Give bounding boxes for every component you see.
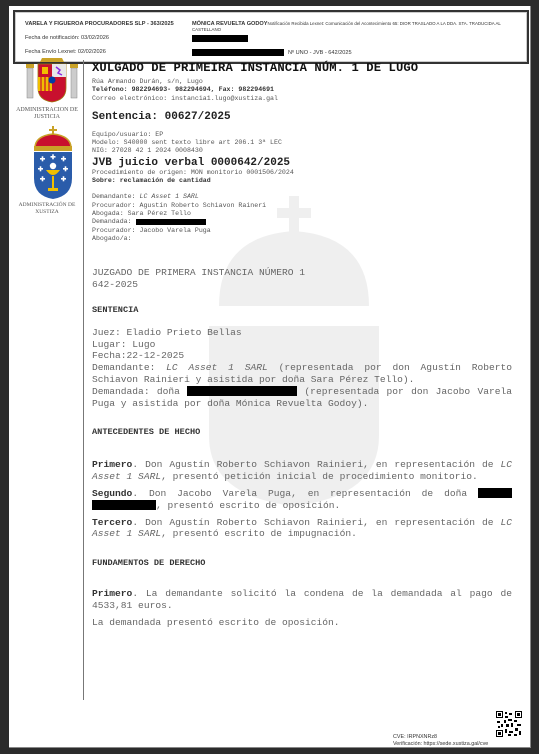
cve-block: CVE: IRPNXNRz8 Verificación: https://sed… [393, 734, 488, 748]
tercero-text-end: , presentó escrito de impugnación. [161, 528, 357, 539]
primero-text-end: , presentó petición inicial de procedimi… [161, 471, 478, 482]
lexnet-send-date: Fecha Envío Lexnet: 02/02/2026 [25, 49, 106, 55]
nig: NIG: 27028 42 1 2024 0008430 [92, 147, 512, 155]
redacted-text [92, 500, 156, 510]
court-phone: Teléfono: 982294693- 982294694, Fax: 982… [92, 86, 512, 94]
court-email: Correo electrónico: instancia1.lugo@xust… [92, 95, 512, 103]
segundo-label: Segundo [92, 488, 132, 499]
spain-coat-of-arms-icon [24, 58, 80, 106]
document-content: XULGADO DE PRIMEIRA INSTANCIA NÚM. 1 DE … [92, 60, 512, 629]
court-title: XULGADO DE PRIMEIRA INSTANCIA NÚM. 1 DE … [92, 61, 512, 75]
parties-block: Demandante: LC Asset 1 SARL Procurador: … [92, 193, 512, 243]
procurador-demandante: Procurador: Agustín Roberto Schiavon Rai… [92, 202, 512, 210]
lugar: Lugar: Lugo [92, 339, 512, 351]
segundo-text: . Don Jacobo Varela Puga, en representac… [132, 488, 478, 499]
antecedentes-heading: ANTECEDENTES DE HECHO [92, 427, 512, 437]
abogado-demandada: Abogado/a: [92, 235, 512, 243]
antecedente-tercero: Tercero. Don Agustín Roberto Schiavon Ra… [92, 517, 512, 541]
case-ref-line: Nº UNO - JVB - 642/2025 [192, 49, 352, 56]
tercero-label: Tercero [92, 517, 132, 528]
demandante-line: Demandante: LC Asset 1 SARL [92, 193, 512, 201]
sobre: Sobre: reclamación de cantidad [92, 177, 512, 185]
modelo: Modelo: S40000 sent texto libre art 206.… [92, 139, 512, 147]
case-line: 642-2025 [92, 279, 512, 291]
qr-code-icon[interactable] [496, 711, 522, 737]
antecedente-primero: Primero. Don Agustín Roberto Schiavon Ra… [92, 459, 512, 483]
fundamento-oposicion: La demandada presentó escrito de oposici… [92, 617, 512, 629]
court-line: JUZGADO DE PRIMERA INSTANCIA NÚMERO 1 [92, 267, 512, 279]
fundamento-primero-text: . La demandante solicitó la condena de l… [92, 588, 512, 611]
antecedente-segundo: Segundo. Don Jacobo Varela Puga, en repr… [92, 488, 512, 512]
primero-label: Primero [92, 459, 132, 470]
redacted-text [192, 35, 248, 42]
segundo-text-end: , presentó escrito de oposición. [156, 500, 340, 511]
court-address: Rúa Armando Durán, s/n, Lugo [92, 78, 512, 86]
redacted-text [136, 219, 206, 225]
cve-code: CVE: IRPNXNRz8 [393, 734, 488, 741]
fundamento-primero-label: Primero [92, 588, 132, 599]
fecha: Fecha:22-12-2025 [92, 350, 512, 362]
abogada-demandante: Abogada: Sara Pérez Tello [92, 210, 512, 218]
redacted-text [478, 488, 512, 498]
verification-url[interactable]: Verificación: https://sede.xustiza.gal/c… [393, 741, 488, 748]
redacted-text [187, 386, 297, 396]
notification-date: Fecha de notificación: 03/02/2026 [25, 35, 109, 41]
demandada-line: Demandada: [92, 218, 512, 226]
demandante-name: LC Asset 1 SARL [139, 193, 198, 200]
case-details: Juez: Eladio Prieto Bellas Lugar: Lugo F… [92, 327, 512, 410]
galicia-coat-of-arms-icon [31, 126, 75, 200]
primero-text: . Don Agustín Roberto Schiavon Rainieri,… [132, 459, 500, 470]
margin-rule [83, 60, 84, 700]
case-reference: Nº UNO - JVB - 642/2025 [288, 50, 352, 56]
equipo-usuario: Equipo/usuario: EP [92, 131, 512, 139]
demandada-paragraph: Demandada: doña (representada por don Ja… [92, 386, 512, 410]
demandante-paragraph: Demandante: LC Asset 1 SARL (representad… [92, 362, 512, 386]
redaction-block [192, 35, 248, 42]
procurador-reference: VARELA Y FIGUEROA PROCURADORES SLP - 363… [25, 21, 174, 27]
juez: Juez: Eladio Prieto Bellas [92, 327, 512, 339]
demandada-label: Demandada: [92, 218, 136, 225]
demandante-prefix: Demandante: [92, 362, 166, 373]
redacted-text [192, 49, 284, 56]
sentencia-number: Sentencia: 00627/2025 [92, 111, 512, 123]
demandada-prefix: Demandada: doña [92, 386, 187, 397]
fundamento-primero: Primero. La demandante solicitó la conde… [92, 588, 512, 612]
logo2-caption: ADMINISTRACIÓN DE XUSTIZA [14, 202, 80, 216]
stamp-recipient-line: MÓNICA REVUELTA GODOYNotificación Recibi… [192, 21, 527, 33]
tercero-text: . Don Agustín Roberto Schiavon Rainieri,… [132, 517, 500, 528]
procedimiento-origen: Procedimiento de origen: MON monitorio 0… [92, 169, 512, 177]
demandante-name: LC Asset 1 SARL [166, 362, 268, 373]
fundamentos-heading: FUNDAMENTOS DE DERECHO [92, 558, 512, 568]
sentencia-heading: SENTENCIA [92, 305, 512, 315]
demandante-label: Demandante: [92, 193, 139, 200]
lexnet-notification-stamp: VARELA Y FIGUEROA PROCURADORES SLP - 363… [13, 10, 529, 64]
juicio-verbal-title: JVB juicio verbal 0000642/2025 [92, 157, 512, 169]
document-page: VARELA Y FIGUEROA PROCURADORES SLP - 363… [9, 6, 531, 748]
logo1-caption: ADMINISTRACION DE JUSTICIA [14, 107, 80, 121]
procurador-demandada: Procurador: Jacobo Varela Puga [92, 227, 512, 235]
